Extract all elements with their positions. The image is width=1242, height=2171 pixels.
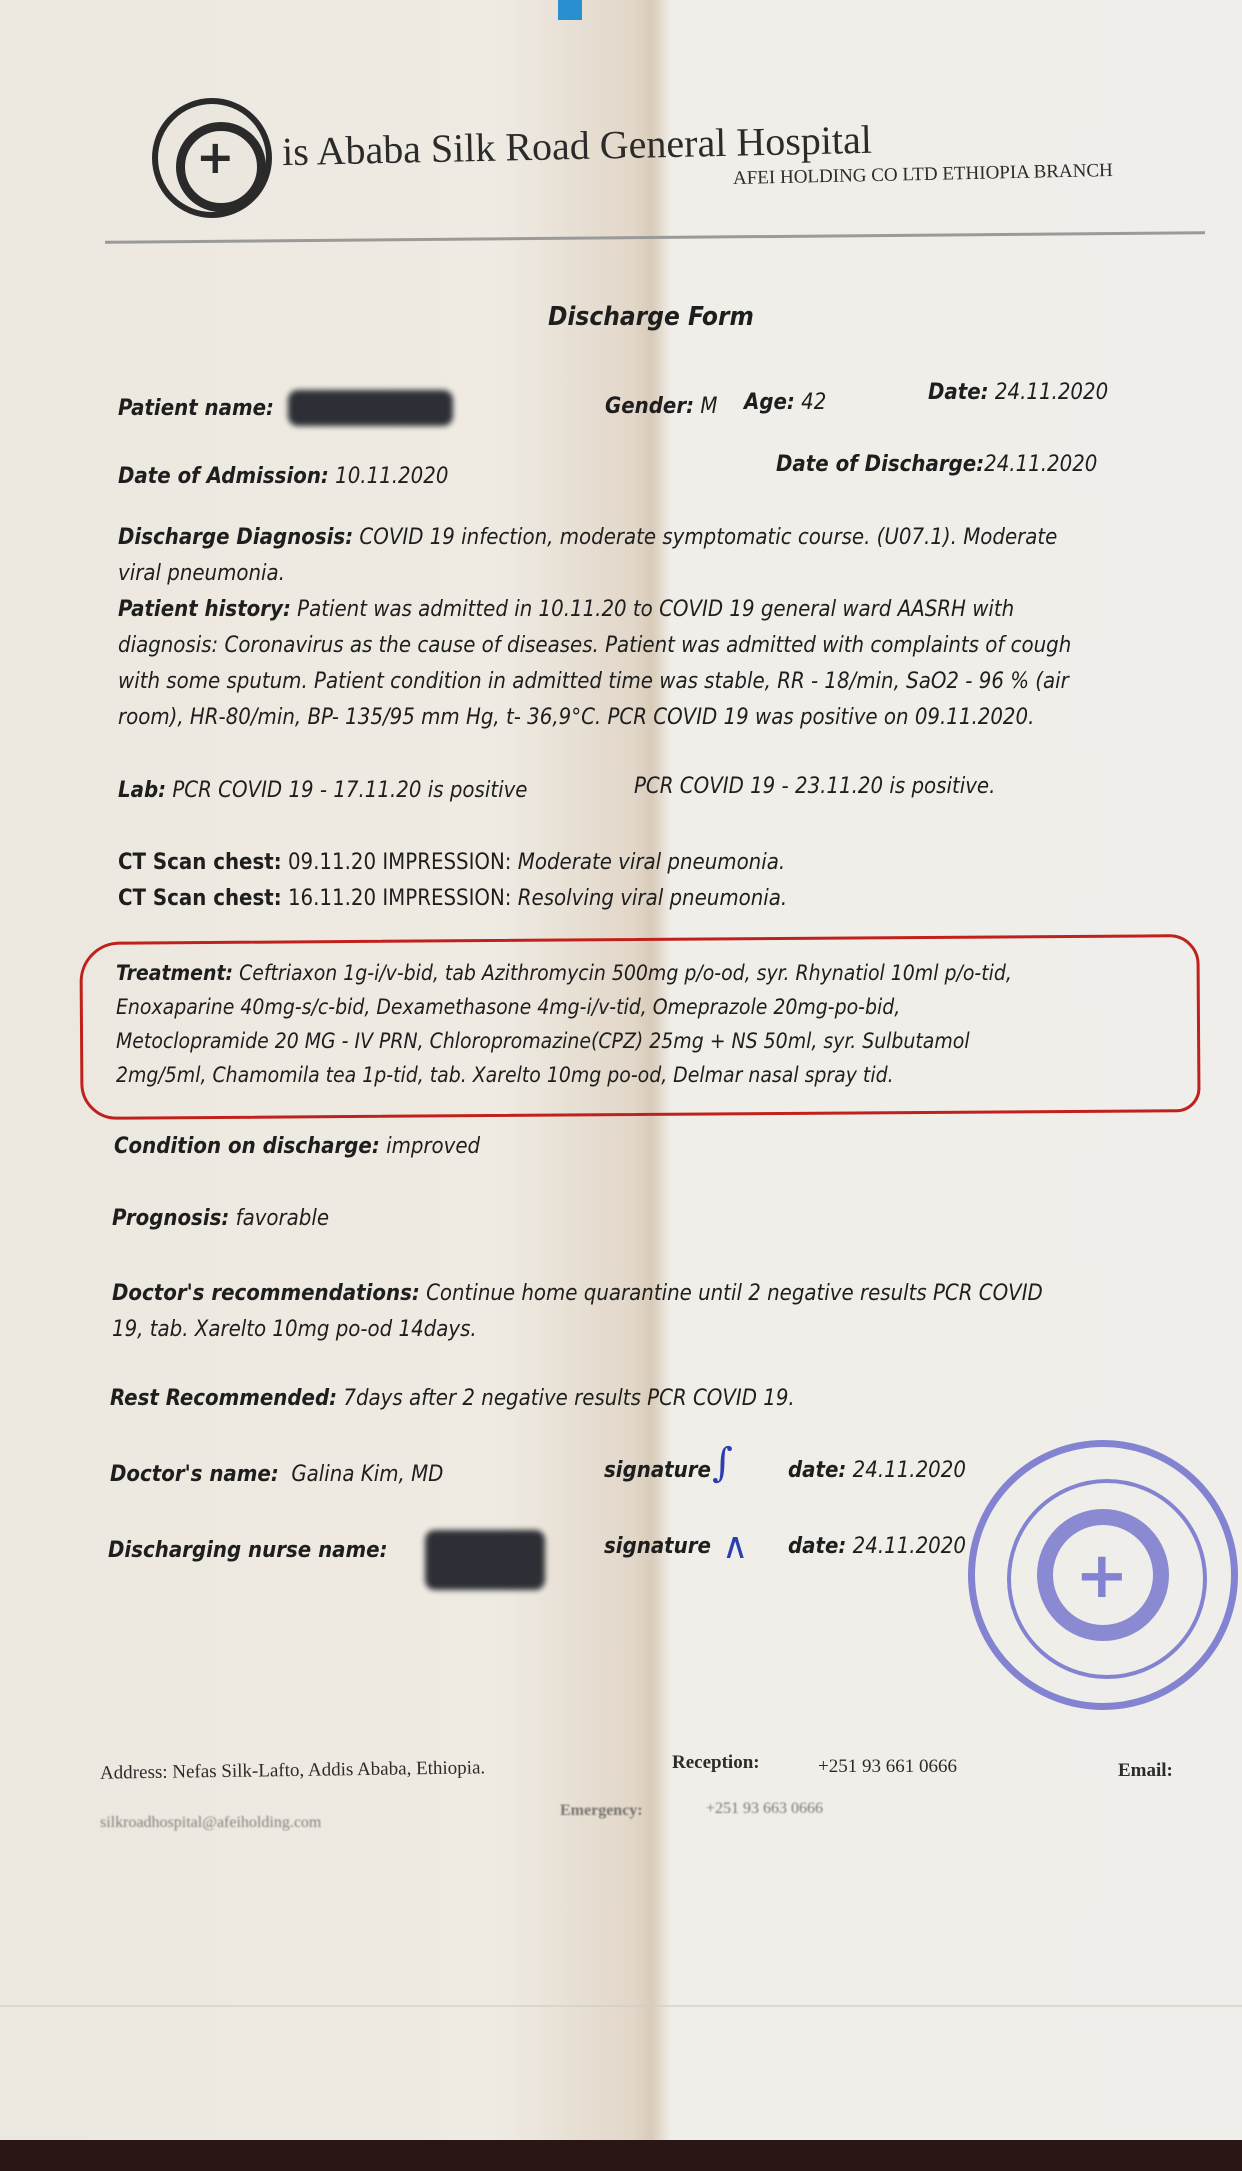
age-field: Age: 42 [744,390,826,415]
hospital-stamp-icon: + [968,1440,1238,1710]
paper-fold [0,2005,1242,2007]
gender-label: Gender: [605,394,694,419]
patient-name-label: Patient name: [118,396,274,421]
gender-field: Gender: M [605,394,717,419]
stamp-cross-icon: + [1075,1539,1129,1613]
date-label: Date: [928,380,989,405]
nurse-name-redacted [425,1530,545,1590]
ct1-label: CT Scan chest: [118,850,282,875]
nurse-label: Discharging nurse name: [108,1538,388,1563]
discharge-date-label: Date of Discharge: [776,452,984,477]
doctor-date-label: date: [788,1458,846,1483]
history-line-2: diagnosis: Coronavirus as the cause of d… [118,628,1198,664]
nurse-date-label: date: [788,1534,846,1559]
discharge-date: Date of Discharge:24.11.2020 [776,452,1097,477]
condition-section: Condition on discharge: improved [114,1134,480,1159]
treatment-line-3: Metoclopramide 20 MG - IV PRN, Chloropro… [116,1024,1196,1058]
recommendations-section: Doctor's recommendations: Continue home … [112,1276,1222,1348]
doctor-signature-label: signature [604,1458,711,1483]
admission-value: 10.11.2020 [335,464,448,489]
reception-phone: +251 93 661 0666 [818,1756,957,1778]
doctor-signature-scribble: ∫ [712,1440,733,1486]
date-value: 24.11.2020 [995,380,1108,405]
nurse-date-value: 24.11.2020 [853,1534,966,1559]
diagnosis-line-2: viral pneumonia. [118,556,1198,592]
form-date: Date: 24.11.2020 [928,380,1108,405]
admission-label: Date of Admission: [118,464,329,489]
ct-scan-2: CT Scan chest: 16.11.20 IMPRESSION: Reso… [118,886,787,911]
rest-value: 7days after 2 negative results PCR COVID… [343,1386,794,1411]
ct2-value: 16.11.20 IMPRESSION: [288,886,512,911]
treatment-line-4: 2mg/5ml, Chamomila tea 1p-tid, tab. Xare… [116,1058,1196,1092]
rest-label: Rest Recommended: [110,1386,337,1411]
nurse-signature-label: signature [604,1534,711,1559]
prognosis-section: Prognosis: favorable [112,1206,329,1231]
gender-value: M [700,394,717,419]
reception-label: Reception: [672,1752,760,1774]
blue-tab [558,0,582,20]
prognosis-label: Prognosis: [112,1206,229,1231]
treatment-label: Treatment: [116,961,233,985]
condition-label: Condition on discharge: [114,1134,380,1159]
emergency-phone: +251 93 663 0666 [706,1800,823,1818]
lab-label: Lab: [118,778,166,803]
discharge-date-value: 24.11.2020 [984,452,1097,477]
form-title: Discharge Form [548,302,754,332]
history-line-3: with some sputum. Patient condition in a… [118,664,1198,700]
history-line-4: room), HR-80/min, BP- 135/95 mm Hg, t- 3… [118,700,1198,736]
lab-section: Lab: PCR COVID 19 - 17.11.20 is positive [118,778,527,803]
history-label: Patient history: [118,597,291,622]
ct2-impression: Resolving viral pneumonia. [518,886,787,911]
doctor-date: date: 24.11.2020 [788,1458,966,1483]
ct1-impression: Moderate viral pneumonia. [518,850,785,875]
lab-result-1: PCR COVID 19 - 17.11.20 is positive [172,778,527,803]
doctor-section: Doctor's name: Galina Kim, MD [110,1462,443,1487]
ct1-value: 09.11.20 IMPRESSION: [288,850,512,875]
condition-value: improved [386,1134,480,1159]
rest-section: Rest Recommended: 7days after 2 negative… [110,1386,795,1411]
treatment-line-1: Ceftriaxon 1g-i/v-bid, tab Azithromycin … [239,961,1012,985]
doctor-label: Doctor's name: [110,1462,279,1487]
age-value: 42 [801,390,826,415]
treatment-line-2: Enoxaparine 40mg-s/c-bid, Dexamethasone … [116,990,1196,1024]
admission-date: Date of Admission: 10.11.2020 [118,464,448,489]
recommendations-line-1: Continue home quarantine until 2 negativ… [426,1281,1043,1306]
lab-result-2: PCR COVID 19 - 23.11.20 is positive. [634,774,995,799]
ct2-label: CT Scan chest: [118,886,282,911]
recommendations-line-2: 19, tab. Xarelto 10mg po-od 14days. [112,1312,1222,1348]
nurse-signature-scribble: ∧ [722,1526,748,1567]
hospital-seal-icon [152,98,272,218]
email-label: Email: [1118,1760,1173,1782]
footer-email: silkroadhospital@afeiholding.com [100,1814,321,1832]
diagnosis-section: Discharge Diagnosis: COVID 19 infection,… [118,520,1198,736]
age-label: Age: [744,390,795,415]
patient-name-redacted [288,390,453,426]
ct-scan-1: CT Scan chest: 09.11.20 IMPRESSION: Mode… [118,850,785,875]
nurse-date: date: 24.11.2020 [788,1534,966,1559]
doctor-value: Galina Kim, MD [291,1462,443,1487]
diagnosis-label: Discharge Diagnosis: [118,525,353,550]
doctor-date-value: 24.11.2020 [853,1458,966,1483]
treatment-section: Treatment: Ceftriaxon 1g-i/v-bid, tab Az… [116,956,1196,1092]
diagnosis-line-1: COVID 19 infection, moderate symptomatic… [359,525,1057,550]
emergency-label: Emergency: [560,1802,643,1820]
prognosis-value: favorable [236,1206,329,1231]
history-line-1: Patient was admitted in 10.11.20 to COVI… [297,597,1014,622]
recommendations-label: Doctor's recommendations: [112,1281,420,1306]
